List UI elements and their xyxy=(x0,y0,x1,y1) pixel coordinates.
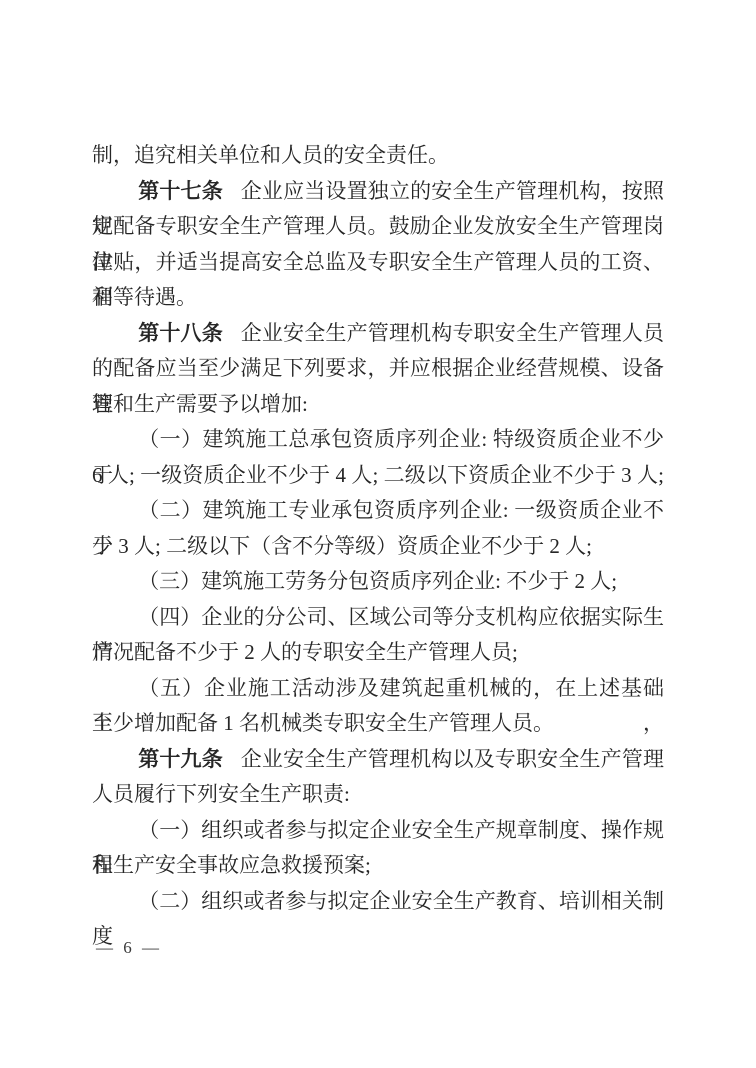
text-line: 津贴，并适当提高安全总监及专职安全生产管理人员的工资、福 xyxy=(92,245,664,281)
document-body: 制，追究相关单位和人员的安全责任。第十七条企业应当设置独立的安全生产管理机构，按… xyxy=(92,138,664,919)
text-line-content: 企业安全生产管理机构以及专职安全生产管理 xyxy=(241,747,664,771)
text-line: 情况配备不少于 2 人的专职安全生产管理人员; xyxy=(92,635,664,671)
text-line: （二）建筑施工专业承包资质序列企业: 一级资质企业不少 xyxy=(92,493,664,529)
text-line: 于 3 人; 二级以下（含不分等级）资质企业不少于 2 人; xyxy=(92,529,664,565)
text-line: 第十七条企业应当设置独立的安全生产管理机构，按照规 xyxy=(92,174,664,210)
article-heading: 第十八条 xyxy=(138,321,223,345)
text-line-content: 6 人; 一级资质企业不少于 4 人; 二级以下资质企业不少于 3 人; xyxy=(92,463,664,487)
page-number: — 6 — xyxy=(96,936,162,960)
text-line-content: 利等待遇。 xyxy=(92,285,197,309)
text-line: （一）组织或者参与拟定企业安全生产规章制度、操作规程 xyxy=(92,813,664,849)
text-line: 制，追究相关单位和人员的安全责任。 xyxy=(92,138,664,174)
text-line-content: 企业安全生产管理机构专职安全生产管理人员 xyxy=(241,321,664,345)
text-line: （一）建筑施工总承包资质序列企业: 特级资质企业不少于 xyxy=(92,422,664,458)
text-line: 定配备专职安全生产管理人员。鼓励企业发放安全生产管理岗位 xyxy=(92,209,664,245)
text-line-content: 人员履行下列安全生产职责: xyxy=(92,782,350,806)
text-line: （四）企业的分公司、区域公司等分支机构应依据实际生产 xyxy=(92,600,664,636)
text-line-content: 制，追究相关单位和人员的安全责任。 xyxy=(92,143,449,167)
article-heading: 第十七条 xyxy=(138,179,223,203)
text-line: （五）企业施工活动涉及建筑起重机械的，在上述基础上， xyxy=(92,671,664,707)
text-line-content: 于 3 人; 二级以下（含不分等级）资质企业不少于 2 人; xyxy=(92,534,592,558)
article-heading: 第十九条 xyxy=(138,747,223,771)
text-line: 人员履行下列安全生产职责: xyxy=(92,777,664,813)
text-line-content: 理和生产需要予以增加: xyxy=(92,392,308,416)
text-line: （三）建筑施工劳务分包资质序列企业: 不少于 2 人; xyxy=(92,564,664,600)
text-line-content: 情况配备不少于 2 人的专职安全生产管理人员; xyxy=(92,640,518,664)
text-line: 的配备应当至少满足下列要求，并应根据企业经营规模、设备管 xyxy=(92,351,664,387)
text-line-content: （二）组织或者参与拟定企业安全生产教育、培训相关制度 xyxy=(92,889,664,949)
document-page: 制，追究相关单位和人员的安全责任。第十七条企业应当设置独立的安全生产管理机构，按… xyxy=(0,0,756,1068)
text-line-content: （三）建筑施工劳务分包资质序列企业: 不少于 2 人; xyxy=(138,569,617,593)
text-line-content: 至少增加配备 1 名机械类专职安全生产管理人员。 xyxy=(92,711,554,735)
text-line: 第十八条企业安全生产管理机构专职安全生产管理人员 xyxy=(92,316,664,352)
text-line: （二）组织或者参与拟定企业安全生产教育、培训相关制度 xyxy=(92,884,664,920)
text-line-content: 和生产安全事故应急救援预案; xyxy=(92,853,371,877)
text-line: 和生产安全事故应急救援预案; xyxy=(92,848,664,884)
text-line: 理和生产需要予以增加: xyxy=(92,387,664,423)
text-line: 利等待遇。 xyxy=(92,280,664,316)
text-line: 第十九条企业安全生产管理机构以及专职安全生产管理 xyxy=(92,742,664,778)
text-line: 6 人; 一级资质企业不少于 4 人; 二级以下资质企业不少于 3 人; xyxy=(92,458,664,494)
